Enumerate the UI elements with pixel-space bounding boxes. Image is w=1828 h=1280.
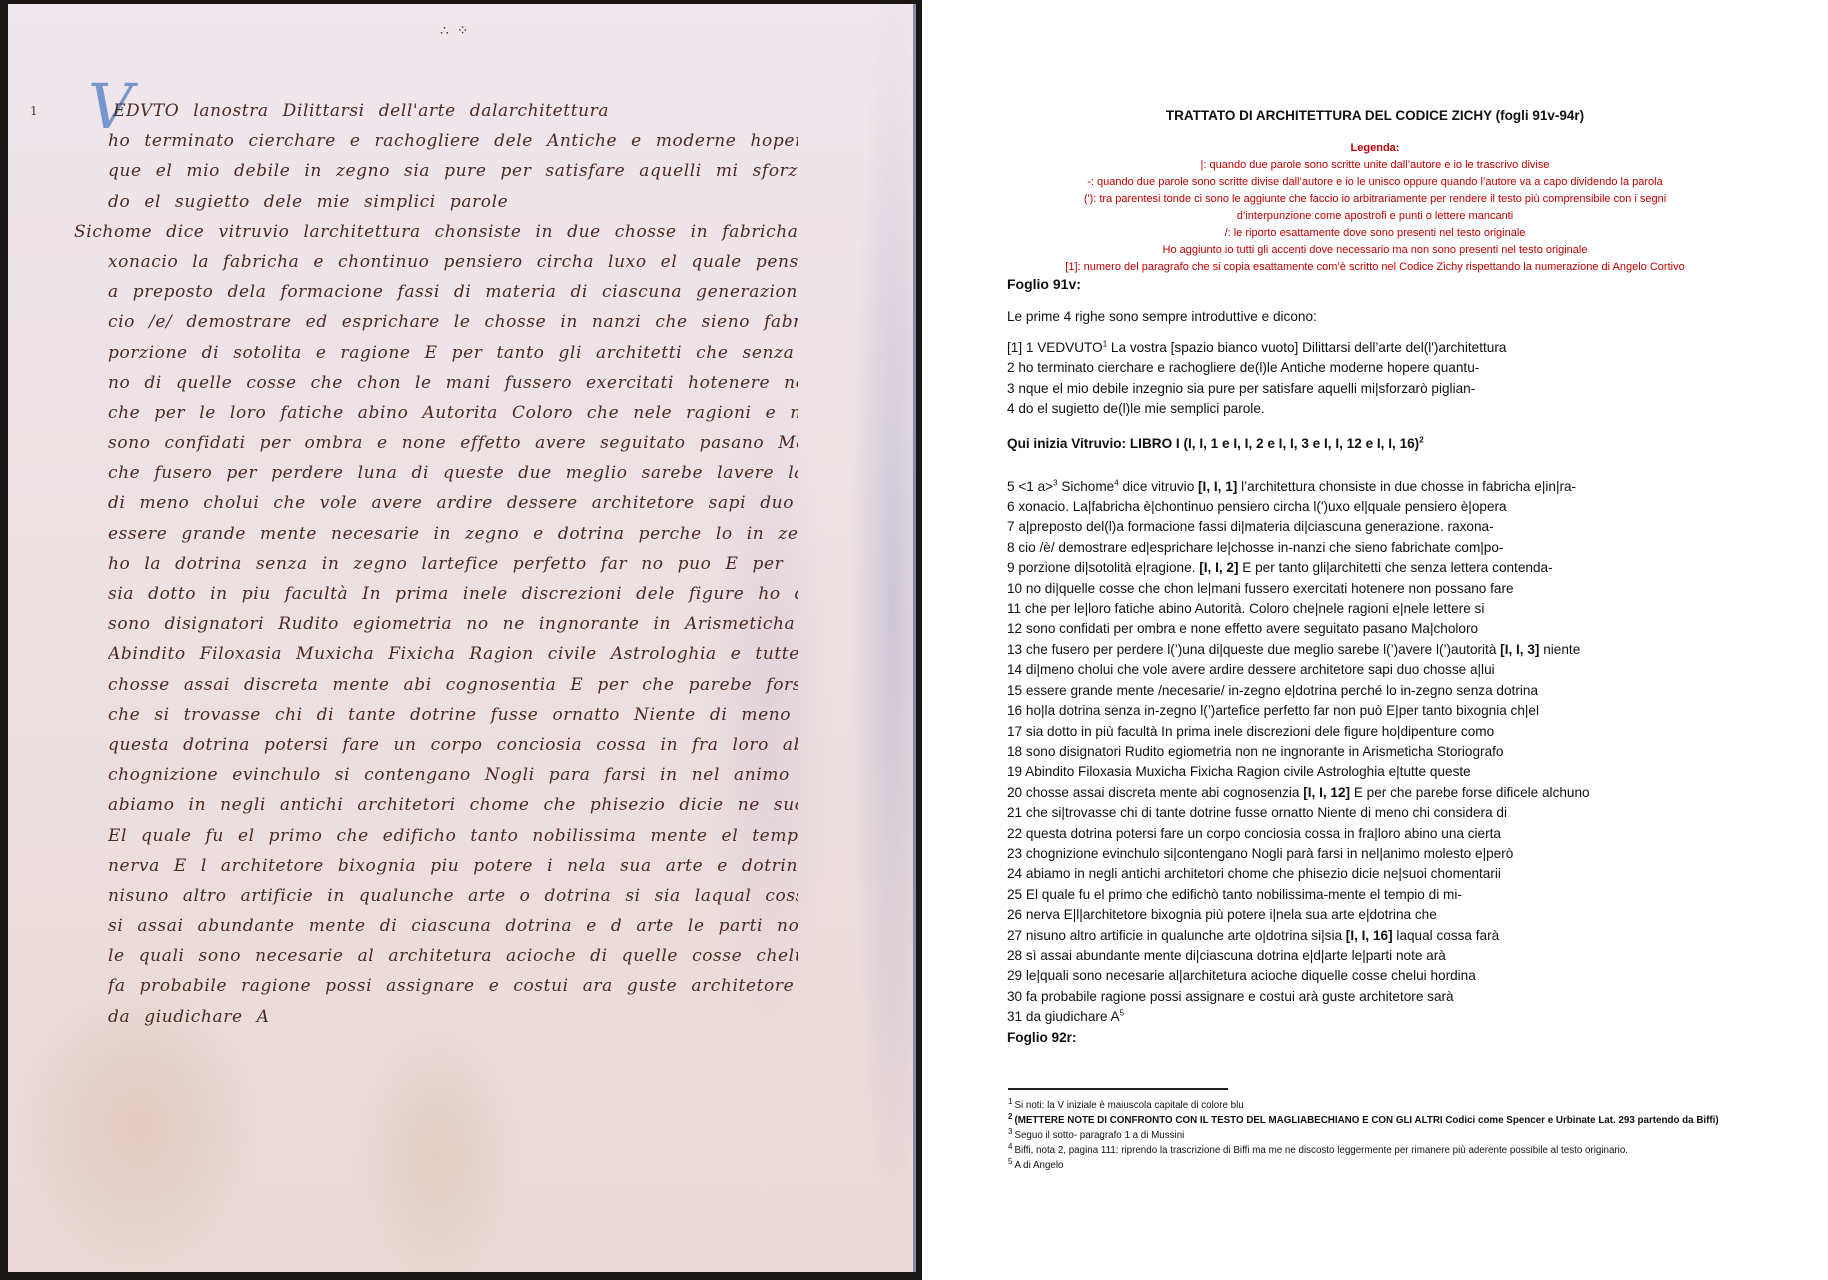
footnote: 2(METTERE NOTE DI CONFRONTO CON IL TESTO… [1008,1113,1808,1128]
transcription-line: 12 sono confidati per ombra e none effet… [1007,619,1807,639]
vitruvio-heading: Qui inizia Vitruvio: LIBRO I (I, I, 1 e … [1007,434,1807,454]
vitruvius-reference: [I, I, 12] [1303,785,1350,800]
transcription-line: 27 nisuno altro artificie in qualunche a… [1007,926,1807,946]
vitruvius-reference: [I, I, 1] [1198,479,1237,494]
manuscript-line: El quale fu el primo che edificho tanto … [108,821,798,851]
legend-item: Ho aggiunto io tutti gli accenti dove ne… [922,242,1828,259]
manuscript-line: ho terminato cierchare e rachogliere del… [108,126,798,156]
transcription-line: 6 xonacio. La|fabricha è|chontinuo pensi… [1007,497,1807,517]
transcription-line: 28 sì assai abundante mente di|ciascuna … [1007,946,1807,966]
manuscript-line: sia dotto in piu facultà In prima inele … [108,579,798,609]
transcription-line: 5 <1 a>3 Sichome4 dice vitruvio [I, I, 1… [1007,477,1807,497]
transcription-line: 23 chognizione evinchulo si|contengano N… [1007,844,1807,864]
manuscript-line: chognizione evinchulo si contengano Nogl… [108,760,798,790]
manuscript-line: a preposto dela formacione fassi di mate… [108,277,798,307]
transcription-line: 21 che si|trovasse chi di tante dotrine … [1007,803,1807,823]
vitruvius-reference: [I, I, 2] [1199,560,1238,575]
parchment-page: ∴ ⁘ 1 V EDVTO lanostra Dilittarsi dell'a… [8,4,916,1272]
transcription-body: Foglio 91v: Le prime 4 righe sono sempre… [1007,274,1807,1048]
transcription-line: 22 questa dotrina potersi fare un corpo … [1007,824,1807,844]
manuscript-line: nisuno altro artificie in qualunche arte… [108,881,798,911]
manuscript-line: ho la dotrina senza in zegno lartefice p… [108,549,798,579]
manuscript-line: Abindito Filoxasia Muxicha Fixicha Ragio… [108,639,798,669]
intro-lines: [1] 1 VEDVUTO1 La vostra [spazio bianco … [1007,338,1807,420]
transcription-line: 18 sono disignatori Rudito egiometria no… [1007,742,1807,762]
manuscript-line: che fusero per perdere luna di queste du… [108,458,798,488]
transcription-line: 31 da giudichare A5 [1007,1007,1807,1027]
manuscript-line: no di quelle cosse che chon le mani fuss… [108,368,798,398]
transcription-line: 10 no di|quelle cosse che chon le|mani f… [1007,579,1807,599]
manuscript-scan: ∴ ⁘ 1 V EDVTO lanostra Dilittarsi dell'a… [0,0,922,1280]
footnotes: 1Si noti: la V iniziale è maiuscola capi… [1008,1098,1808,1173]
manuscript-line: Sichome dice vitruvio larchitettura chon… [74,217,798,247]
footnote-separator [1008,1088,1228,1090]
manuscript-line: questa dotrina potersi fare un corpo con… [108,730,798,760]
transcription-line: 7 a|preposto del(l)a formacione fassi di… [1007,517,1807,537]
transcription-line: [1] 1 VEDVUTO1 La vostra [spazio bianco … [1007,338,1807,358]
manuscript-line: do el sugietto dele mie simplici parole [108,187,798,217]
transcription-line: 29 le|quali sono necesarie al|architetur… [1007,966,1807,986]
vitruvius-reference: [I, I, 16] [1346,928,1393,943]
manuscript-margin-number: 1 [30,104,38,118]
footnote: 5A di Angelo [1008,1158,1808,1173]
footnote: 4Biffi, nota 2, pagina 111: riprendo la … [1008,1143,1808,1158]
transcription-line: 9 porzione di|sotolità e|ragione. [I, I,… [1007,558,1807,578]
legend-title: Legenda: [922,140,1828,157]
manuscript-line: che si trovasse chi di tante dotrine fus… [108,700,798,730]
manuscript-line: cio /e/ demostrare ed esprichare le chos… [108,307,798,337]
document-title: TRATTATO DI ARCHITETTURA DEL CODICE ZICH… [922,108,1828,123]
transcription-line: 11 che per le|loro fatiche abino Autorit… [1007,599,1807,619]
manuscript-line: EDVTO lanostra Dilittarsi dell'arte dala… [108,96,798,126]
vitruvius-reference: [I, I, 3] [1500,642,1539,657]
ink-spots: ∴ ⁘ [440,22,471,39]
main-transcription-lines: 5 <1 a>3 Sichome4 dice vitruvio [I, I, 1… [1007,477,1807,1028]
transcription-line: 30 fa probabile ragione possi assignare … [1007,987,1807,1007]
transcription-line: 17 sia dotto in più facultà In prima ine… [1007,722,1807,742]
footnote: 1Si noti: la V iniziale è maiuscola capi… [1008,1098,1808,1113]
manuscript-line: sono confidati per ombra e none effetto … [108,428,798,458]
footnote: 3Seguo il sotto- paragrafo 1 a di Mussin… [1008,1128,1808,1143]
legend-item: |: quando due parole sono scritte unite … [922,157,1828,174]
transcription-line: 25 El quale fu el primo che edifichò tan… [1007,885,1807,905]
foglio-91v-heading: Foglio 91v: [1007,274,1807,294]
transcription-line: 4 do el sugietto de(l)le mie semplici pa… [1007,399,1807,419]
manuscript-line: que el mio debile in zegno sia pure per … [108,156,798,186]
transcription-line: 26 nerva E|l|architetore bixognia più po… [1007,905,1807,925]
manuscript-line: abiamo in negli antichi architetori chom… [108,790,798,820]
legend-item: -: quando due parole sono scritte divise… [922,174,1828,191]
manuscript-line: xonacio la fabricha e chontinuo pensiero… [108,247,798,277]
transcription-line: 15 essere grande mente /necesarie/ in-ze… [1007,681,1807,701]
manuscript-handwriting: EDVTO lanostra Dilittarsi dell'arte dala… [108,96,798,1032]
transcription-line: 3 nque el mio debile inzegnio sia pure p… [1007,379,1807,399]
manuscript-line: che per le loro fatiche abino Autorita C… [108,398,798,428]
transcription-line: 13 che fusero per perdere l(’)una di|que… [1007,640,1807,660]
manuscript-line: essere grande mente necesarie in zegno e… [108,519,798,549]
manuscript-line: fa probabile ragione possi assignare e c… [108,971,798,1001]
intro-text: Le prime 4 righe sono sempre introduttiv… [1007,307,1807,327]
manuscript-line: porzione di sotolita e ragione E per tan… [108,338,798,368]
legend-item: /: le riporto esattamente dove sono pres… [922,225,1828,242]
legend: Legenda: |: quando due parole sono scrit… [922,140,1828,276]
legend-item: d’interpunzione come apostrofi e punti o… [922,208,1828,225]
transcription-line: 14 di|meno cholui che vole avere ardire … [1007,660,1807,680]
transcription-line: 19 Abindito Filoxasia Muxicha Fixicha Ra… [1007,762,1807,782]
transcription-line: 20 chosse assai discreta mente abi cogno… [1007,783,1807,803]
transcription-line: 8 cio /è/ demostrare ed|esprichare le|ch… [1007,538,1807,558]
manuscript-line: sono disignatori Rudito egiometria no ne… [108,609,798,639]
transcription-line: 24 abiamo in negli antichi architetori c… [1007,864,1807,884]
manuscript-line: chosse assai discreta mente abi cognosen… [108,670,798,700]
manuscript-line: le quali sono necesarie al architetura a… [108,941,798,971]
manuscript-line: nerva E l architetore bixognia piu poter… [108,851,798,881]
manuscript-line: si assai abundante mente di ciascuna dot… [108,911,798,941]
legend-item: ('): tra parentesi tonde ci sono le aggi… [922,191,1828,208]
transcription-line: 16 ho|la dotrina senza in-zegno l(’)arte… [1007,701,1807,721]
manuscript-line: di meno cholui che vole avere ardire des… [108,488,798,518]
foglio-92r-heading: Foglio 92r: [1007,1028,1807,1048]
manuscript-line: da giudichare A [108,1002,798,1032]
transcription-line: 2 ho terminato cierchare e rachogliere d… [1007,358,1807,378]
